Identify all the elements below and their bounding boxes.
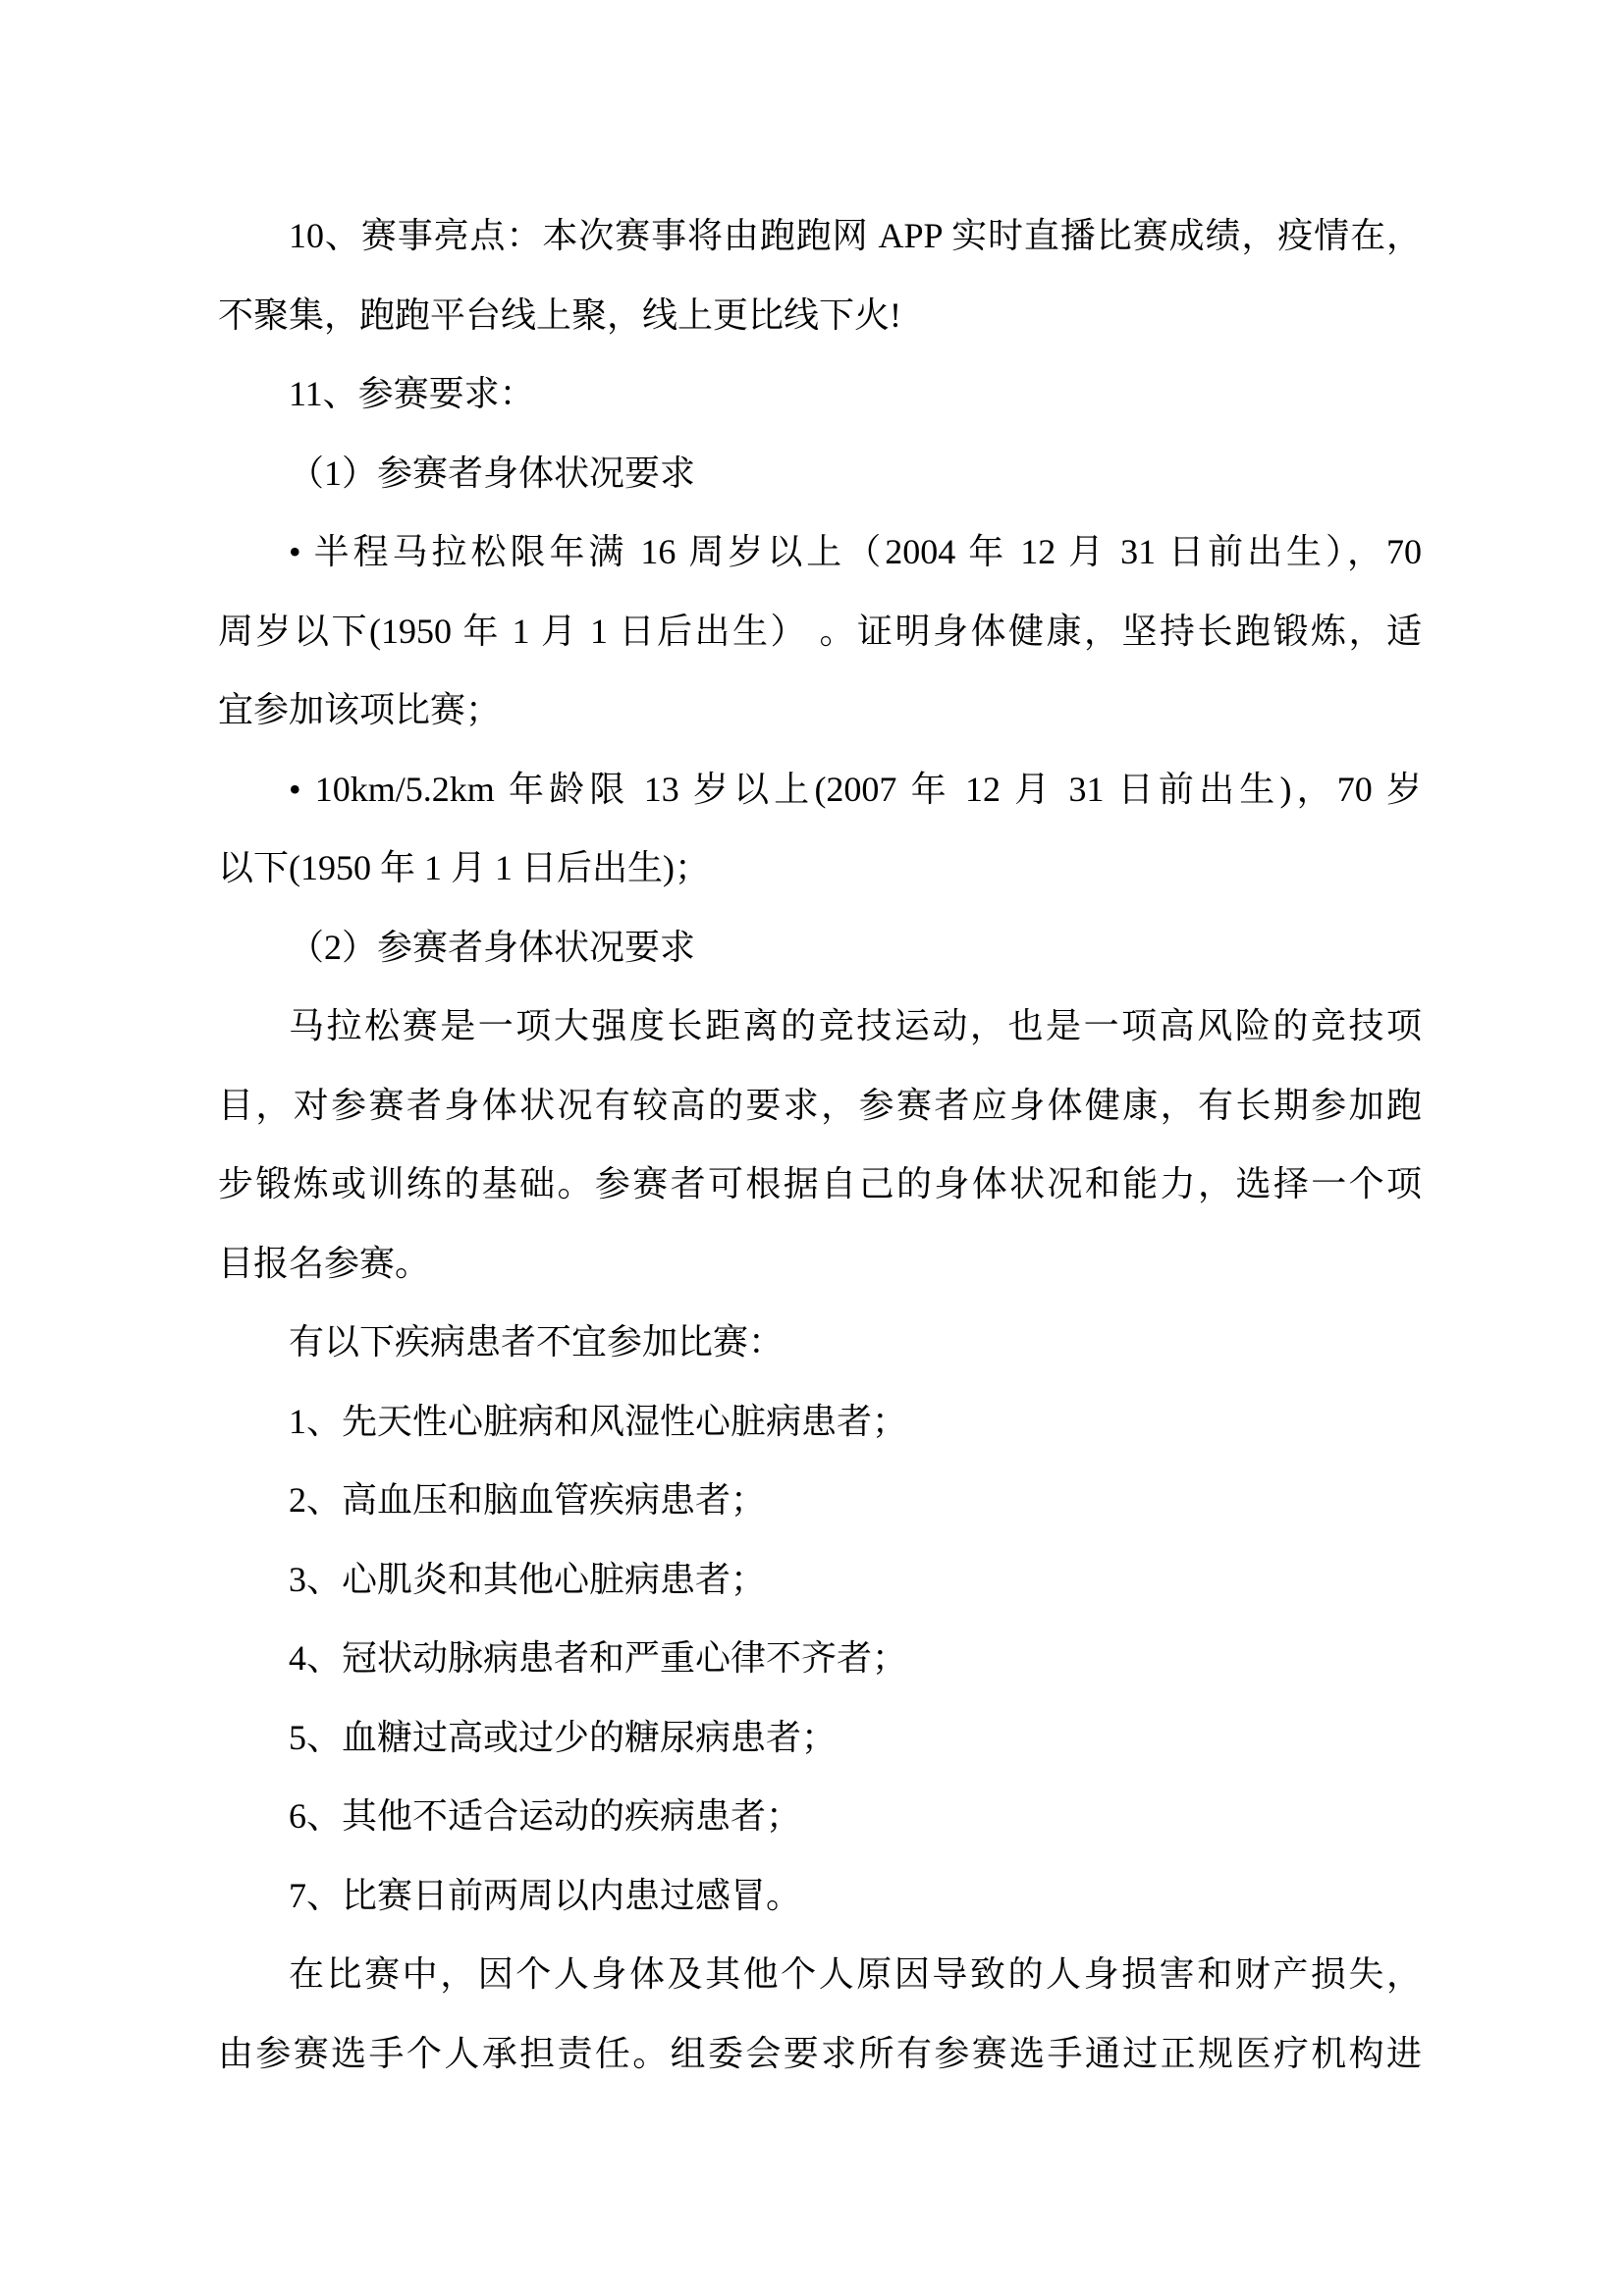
text-line: 11、参赛要求： bbox=[218, 354, 1422, 434]
text-line: 宜参加该项比赛； bbox=[218, 670, 1422, 750]
text-line: 6、其他不适合运动的疾病患者； bbox=[218, 1777, 1422, 1856]
text-line: 有以下疾病患者不宜参加比赛： bbox=[218, 1303, 1422, 1382]
text-line: 马拉松赛是一项大强度长距离的竞技运动，也是一项高风险的竞技项 bbox=[218, 987, 1422, 1066]
text-line: • 10km/5.2km 年龄限 13 岁以上(2007 年 12 月 31 日… bbox=[218, 750, 1422, 829]
text-line: 周岁以下(1950 年 1 月 1 日后出生） 。证明身体健康，坚持长跑锻炼，适 bbox=[218, 592, 1422, 671]
text-line: （2）参赛者身体状况要求 bbox=[218, 908, 1422, 988]
text-line: 5、血糖过高或过少的糖尿病患者； bbox=[218, 1698, 1422, 1778]
text-line: 10、赛事亮点：本次赛事将由跑跑网 APP 实时直播比赛成绩，疫情在， bbox=[218, 196, 1422, 276]
text-line: 目，对参赛者身体状况有较高的要求，参赛者应身体健康，有长期参加跑 bbox=[218, 1066, 1422, 1146]
text-line: 目报名参赛。 bbox=[218, 1224, 1422, 1304]
document-page: 10、赛事亮点：本次赛事将由跑跑网 APP 实时直播比赛成绩，疫情在，不聚集，跑… bbox=[0, 0, 1624, 2296]
text-line: 以下(1950 年 1 月 1 日后出生)； bbox=[218, 828, 1422, 908]
text-line: 3、心肌炎和其他心脏病患者； bbox=[218, 1540, 1422, 1620]
text-line: 2、高血压和脑血管疾病患者； bbox=[218, 1461, 1422, 1540]
text-line: 由参赛选手个人承担责任。组委会要求所有参赛选手通过正规医疗机构进 bbox=[218, 2014, 1422, 2094]
text-line: 7、比赛日前两周以内患过感冒。 bbox=[218, 1856, 1422, 1936]
text-line: （1）参赛者身体状况要求 bbox=[218, 434, 1422, 513]
text-line: 1、先天性心脏病和风湿性心脏病患者； bbox=[218, 1382, 1422, 1462]
text-line: • 半程马拉松限年满 16 周岁以上（2004 年 12 月 31 日前出生），… bbox=[218, 512, 1422, 592]
text-line: 不聚集，跑跑平台线上聚，线上更比线下火! bbox=[218, 276, 1422, 355]
text-block: 10、赛事亮点：本次赛事将由跑跑网 APP 实时直播比赛成绩，疫情在，不聚集，跑… bbox=[218, 196, 1422, 2093]
text-line: 步锻炼或训练的基础。参赛者可根据自己的身体状况和能力，选择一个项 bbox=[218, 1145, 1422, 1224]
text-line: 4、冠状动脉病患者和严重心律不齐者； bbox=[218, 1619, 1422, 1698]
text-line: 在比赛中，因个人身体及其他个人原因导致的人身损害和财产损失， bbox=[218, 1935, 1422, 2014]
